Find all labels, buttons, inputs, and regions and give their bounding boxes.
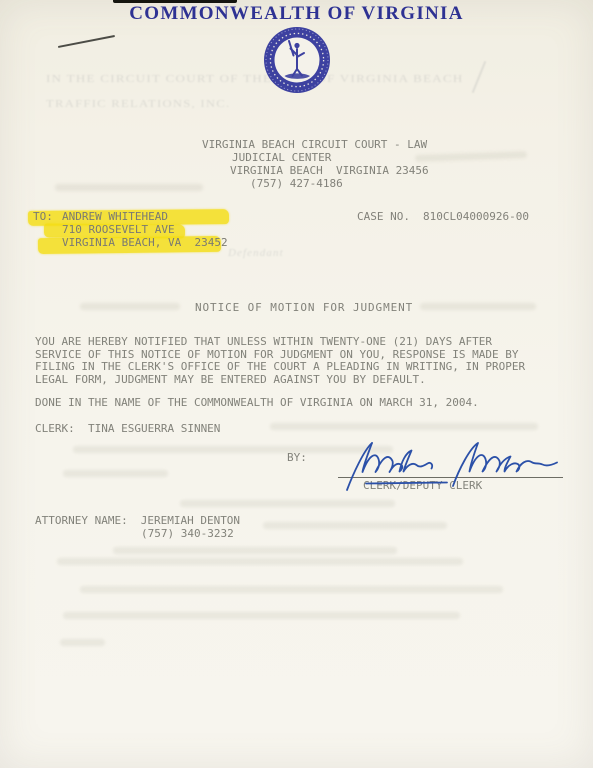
bleed-through-line: IN THE CIRCUIT COURT OF THE CITY OF VIRG… bbox=[46, 73, 464, 85]
bleed-through-bar bbox=[57, 558, 463, 565]
bleed-through-bar bbox=[270, 423, 538, 430]
bleed-through-bar bbox=[80, 586, 503, 593]
page-title: COMMONWEALTH OF VIRGINIA bbox=[0, 3, 593, 25]
recipient-label: TO: bbox=[33, 211, 53, 224]
recipient-address-line2: VIRGINIA BEACH, VA 23452 bbox=[62, 237, 228, 250]
bleed-through-bar bbox=[80, 303, 180, 310]
attorney-name: JEREMIAH DENTON bbox=[141, 514, 240, 527]
court-name-line: VIRGINIA BEACH CIRCUIT COURT - LAW bbox=[202, 139, 427, 152]
bleed-through-bar bbox=[55, 184, 203, 191]
bleed-through-bar bbox=[180, 500, 395, 507]
bleed-through-bar bbox=[420, 303, 536, 310]
court-phone-line: (757) 427-4186 bbox=[250, 178, 343, 191]
clerk-signature bbox=[335, 438, 570, 494]
recipient-address-line1: 710 ROOSEVELT AVE bbox=[62, 224, 175, 237]
case-number-label: CASE NO. bbox=[357, 210, 410, 223]
bleed-through-bar bbox=[63, 612, 460, 619]
recipient-name: ANDREW WHITEHEAD bbox=[62, 211, 168, 224]
court-building-line: JUDICIAL CENTER bbox=[232, 152, 331, 165]
bleed-through-line: TRAFFIC RELATIONS, INC. bbox=[46, 98, 230, 110]
case-number-value: 810CL04000926-00 bbox=[423, 210, 529, 223]
bleed-through-bar bbox=[113, 547, 397, 554]
bleed-through-word: Defendant bbox=[228, 247, 284, 259]
bleed-through-bar bbox=[63, 470, 168, 477]
case-number-line: CASE NO.810CL04000926-00 bbox=[357, 211, 529, 224]
bleed-through-handwriting bbox=[415, 151, 527, 162]
pencil-mark bbox=[58, 35, 115, 48]
virginia-state-seal-icon bbox=[263, 26, 331, 94]
court-city-line: VIRGINIA BEACH VIRGINIA 23456 bbox=[230, 165, 429, 178]
done-in-name-line: DONE IN THE NAME OF THE COMMONWEALTH OF … bbox=[35, 397, 479, 410]
by-label: BY: bbox=[287, 452, 307, 465]
notice-title: NOTICE OF MOTION FOR JUDGMENT bbox=[195, 302, 413, 315]
scan-artifact-strip bbox=[113, 0, 237, 3]
attorney-label: ATTORNEY NAME: bbox=[35, 514, 128, 527]
scanned-court-notice-page: { "header": { "title": "COMMONWEALTH OF … bbox=[0, 0, 593, 768]
bleed-through-bar bbox=[60, 639, 105, 646]
attorney-line: ATTORNEY NAME:JEREMIAH DENTON bbox=[35, 515, 240, 528]
notice-body-paragraph: YOU ARE HEREBY NOTIFIED THAT UNLESS WITH… bbox=[35, 336, 525, 386]
attorney-phone: (757) 340-3232 bbox=[141, 528, 234, 541]
bleed-through-bar bbox=[263, 522, 447, 529]
bleed-through-pen-stroke bbox=[472, 61, 487, 93]
clerk-name-line: CLERK: TINA ESGUERRA SINNEN bbox=[35, 423, 220, 436]
